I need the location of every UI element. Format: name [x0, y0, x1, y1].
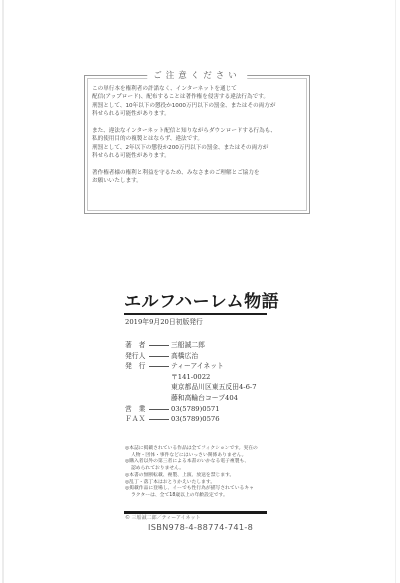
colophon-publisher-row: 発行人 高橋広治 [125, 351, 257, 362]
copyright-line: © 三船誠二郎／ティーアイネット [125, 514, 200, 521]
address-line-1: 東京都品川区東五反田4-6-7 [171, 382, 257, 393]
note-line: ◎本書の無断転載、複製、上演、放送を禁じます。 [125, 473, 275, 480]
book-title: エルフハーレム物語 [124, 287, 270, 312]
dash-rule [149, 366, 169, 367]
legal-notes: ◎本誌に掲載されている作品は全てフィクションです。実在の 人物・団体・事件などに… [125, 446, 275, 500]
colophon-fax-row: ＦＡＸ 03(5789)0576 [125, 414, 257, 425]
colophon-address-row-1: 東京都品川区東五反田4-6-7 [125, 382, 257, 393]
dash-rule [149, 356, 169, 357]
colophon-address-row-2: 藤和高輪台コープ404 [125, 393, 257, 404]
fax-number: 03(5789)0576 [171, 414, 220, 425]
author-name: 三船誠二郎 [171, 340, 205, 351]
address-line-2: 藤和高輪台コープ404 [171, 393, 238, 404]
note-line: ◎掲載作品に登場し、イーでも性行為が描写されているキャ [125, 486, 275, 493]
colophon-author-row: 著 者 三船誠二郎 [125, 340, 257, 351]
issuer-label: 発 行 [125, 361, 149, 372]
colophon-sales-row: 営 業 03(5789)0571 [125, 404, 257, 415]
copyright-notice-box: ご注意ください この単行本を権利者の許諾なく、インターネットを通じて 配信(アッ… [84, 75, 310, 214]
dash-rule [149, 419, 169, 420]
dash-rule [149, 345, 169, 346]
note-line: 認められておりません。 [125, 466, 275, 473]
notice-paragraph-request: 著作権者様の権利と利益を守るため、みなさまのご理解とご協力を お願いいたします。 [92, 169, 303, 186]
colophon-issuer-row: 発 行 ティーアイネット [125, 361, 257, 372]
publisher-label: 発行人 [125, 351, 149, 362]
isbn: ISBN978-4-88774-741-8 [148, 522, 253, 532]
notice-paragraph-download: また、違法なインターネット配信と知りながらダウンロードする行為も、 私的使用目的… [92, 127, 303, 161]
notice-body: この単行本を権利者の許諾なく、インターネットを通じて 配信(アップロード)、配布… [92, 85, 303, 194]
dash-rule [149, 409, 169, 410]
note-line: ◎本誌に掲載されている作品は全てフィクションです。実在の [125, 446, 275, 453]
publication-date: 2019年9月20日初版発行 [125, 316, 203, 326]
author-label: 著 者 [125, 340, 149, 351]
fax-label: ＦＡＸ [125, 414, 149, 425]
page-edge-left [2, 0, 4, 583]
publisher-name: 高橋広治 [171, 351, 198, 362]
colophon-postal-row: 〒141-0022 [125, 372, 257, 383]
note-line: ラクターは、全て18歳以上の年齢設定です。 [125, 493, 275, 500]
sales-phone: 03(5789)0571 [171, 404, 220, 415]
notice-title: ご注意ください [147, 69, 247, 81]
page-edge-right [395, 0, 396, 583]
notice-paragraph-upload: この単行本を権利者の許諾なく、インターネットを通じて 配信(アップロード)、配布… [92, 85, 303, 119]
postal-code: 〒141-0022 [171, 372, 210, 383]
title-rule-divider [124, 313, 267, 315]
issuer-name: ティーアイネット [171, 361, 224, 372]
sales-label: 営 業 [125, 404, 149, 415]
colophon: 著 者 三船誠二郎 発行人 高橋広治 発 行 ティーアイネット 〒141-002… [125, 340, 257, 425]
